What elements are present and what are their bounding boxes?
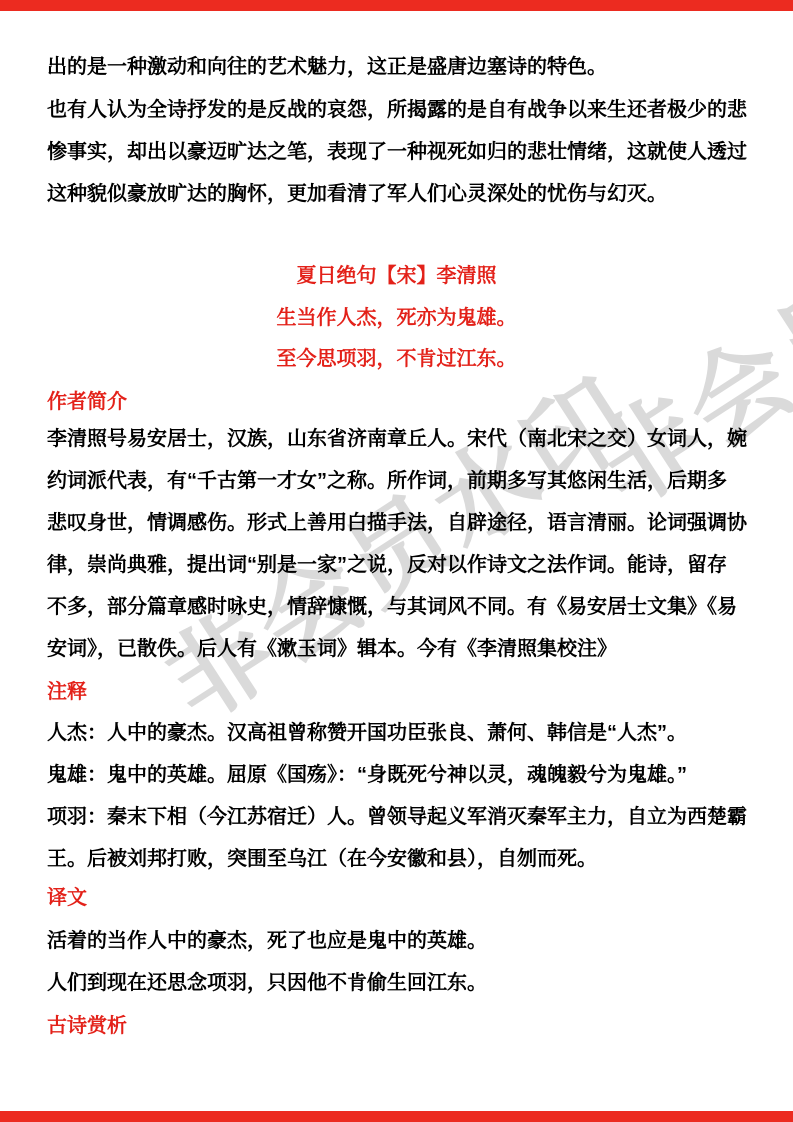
body-text-line: 不多，部分篇章感时咏史，情辞慷慨，与其词风不同。有《易安居士文集》《易: [47, 586, 747, 628]
body-text-line: 出的是一种激动和向往的艺术魅力，这正是盛唐边塞诗的特色。: [47, 46, 747, 88]
poem-title-row: 夏日绝句【宋】李清照: [0, 255, 793, 297]
poem-verse-line: 至今思项羽，不肯过江东。: [0, 338, 793, 380]
intro-paragraph-2: 也有人认为全诗抒发的是反战的哀怨，所揭露的是自有战争以来生还者极少的悲 惨事实，…: [47, 89, 747, 215]
body-text-line: 王。后被刘邦打败，突围至乌江（在今安徽和县），自刎而死。: [47, 838, 747, 880]
body-text-line: 项羽：秦末下相（今江苏宿迁）人。曾领导起义军消灭秦军主力，自立为西楚霸: [47, 796, 747, 838]
notes-section-heading-row: 注释: [47, 671, 747, 713]
body-text-line: 约词派代表，有“千古第一才女”之称。所作词，前期多写其悠闲生活，后期多: [47, 460, 747, 502]
section-heading-notes: 注释: [47, 671, 747, 713]
bottom-red-crop-bar: [0, 1111, 793, 1122]
body-text-line: 人杰：人中的豪杰。汉高祖曾称赞开国功臣张良、萧何、韩信是“人杰”。: [47, 712, 747, 754]
body-text-line: 这种貌似豪放旷达的胸怀，更加看清了军人们心灵深处的忧伤与幻灭。: [47, 173, 747, 215]
analysis-section-heading-row: 古诗赏析: [47, 1005, 747, 1047]
section-heading-author: 作者简介: [47, 381, 747, 423]
body-text-line: 律，崇尚典雅，提出词“别是一家”之说，反对以作诗文之法作词。能诗，留存: [47, 544, 747, 586]
body-text-line: 也有人认为全诗抒发的是反战的哀怨，所揭露的是自有战争以来生还者极少的悲: [47, 89, 747, 131]
document-page: 非会员水印 非会员水印 出的是一种激动和向往的艺术魅力，这正是盛唐边塞诗的特色。…: [0, 0, 793, 1122]
translation-paragraph: 活着的当作人中的豪杰，死了也应是鬼中的英雄。 人们到现在还思念项羽，只因他不肯偷…: [47, 920, 747, 1004]
poem-title: 夏日绝句【宋】李清照: [0, 255, 793, 297]
section-heading-analysis: 古诗赏析: [47, 1005, 747, 1047]
poem-verse-line: 生当作人杰，死亦为鬼雄。: [0, 297, 793, 339]
translation-section-heading-row: 译文: [47, 877, 747, 919]
body-text-line: 悲叹身世，情调感伤。形式上善用白描手法，自辟途径，语言清丽。论词强调协: [47, 502, 747, 544]
poem-verse-1-row: 生当作人杰，死亦为鬼雄。: [0, 297, 793, 339]
body-text-line: 人们到现在还思念项羽，只因他不肯偷生回江东。: [47, 962, 747, 1004]
body-text-line: 活着的当作人中的豪杰，死了也应是鬼中的英雄。: [47, 920, 747, 962]
body-text-line: 安词》，已散佚。后人有《漱玉词》辑本。今有《李清照集校注》: [47, 628, 747, 670]
intro-paragraph-1: 出的是一种激动和向往的艺术魅力，这正是盛唐边塞诗的特色。: [47, 46, 747, 88]
section-heading-translation: 译文: [47, 877, 747, 919]
top-red-crop-bar: [0, 0, 793, 11]
notes-paragraph: 人杰：人中的豪杰。汉高祖曾称赞开国功臣张良、萧何、韩信是“人杰”。 鬼雄：鬼中的…: [47, 712, 747, 880]
body-text-line: 鬼雄：鬼中的英雄。屈原《国殇》：“身既死兮神以灵，魂魄毅兮为鬼雄。”: [47, 754, 747, 796]
body-text-line: 李清照号易安居士，汉族，山东省济南章丘人。宋代（南北宋之交）女词人，婉: [47, 418, 747, 460]
author-section-heading-row: 作者简介: [47, 381, 747, 423]
author-biography-paragraph: 李清照号易安居士，汉族，山东省济南章丘人。宋代（南北宋之交）女词人，婉 约词派代…: [47, 418, 747, 670]
poem-verse-2-row: 至今思项羽，不肯过江东。: [0, 338, 793, 380]
body-text-line: 惨事实，却出以豪迈旷达之笔，表现了一种视死如归的悲壮情绪，这就使人透过: [47, 131, 747, 173]
